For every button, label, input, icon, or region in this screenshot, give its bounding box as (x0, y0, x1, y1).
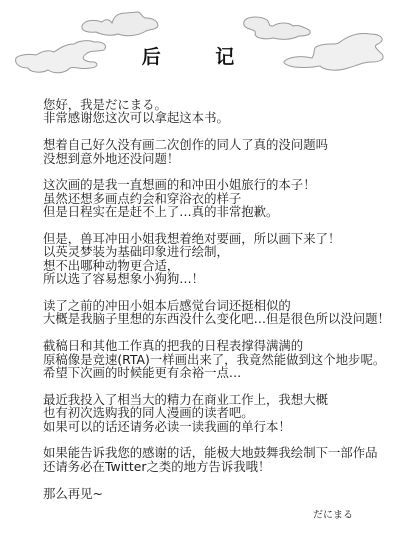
paragraph-schedule: 截稿日和其他工作真的把我的日程表撑得满满的 原稿像是竞速(RTA)一样画出来了，… (43, 339, 383, 379)
text-line: 如果可以的话还请务必读一读我画的单行本！ (43, 420, 383, 433)
author-signature: だにまる (313, 506, 353, 521)
text-line: 想着自己好久没有画二次创作的同人了真的没问题吗 (43, 138, 383, 151)
text-line: 那么再见~ (43, 487, 383, 500)
paragraph-commercial: 最近我投入了相当大的精力在商业工作上，我想大概 也有初次选购我的同人漫画的读者吧… (43, 393, 383, 433)
text-line: 您好，我是だにまる。 (43, 98, 383, 111)
paragraph-trip: 这次画的是我一直想画的和冲田小姐旅行的本子！ 虽然还想多画点约会和穿浴衣的样子 … (43, 178, 383, 218)
paragraph-greeting: 您好，我是だにまる。 非常感谢您这次可以拿起这本书。 (43, 98, 383, 125)
text-line: 还请务必在Twitter之类的地方告诉我哦！ (43, 460, 383, 473)
cloud-decoration-left-upper-icon (80, 10, 162, 38)
text-line: 想不出哪种动物更合适， (43, 259, 383, 272)
page-title: 后 记 (0, 42, 400, 69)
text-line: 但是日程实在是赶不上了…真的非常抱歉。 (43, 205, 383, 218)
text-line: 以英灵梦装为基础印象进行绘制， (43, 245, 383, 258)
text-line: 所以选了容易想象小狗狗…！ (43, 272, 383, 285)
text-line: 希望下次画的时候能更有余裕一点… (43, 366, 383, 379)
text-line: 这次画的是我一直想画的和冲田小姐旅行的本子！ (43, 178, 383, 191)
paragraph-feedback: 如果能告诉我您的感谢的话，能极大地鼓舞我绘制下一部作品 还请务必在Twitter… (43, 446, 383, 473)
afterword-body: 您好，我是だにまる。 非常感谢您这次可以拿起这本书。 想着自己好久没有画二次创作… (43, 98, 383, 513)
paragraph-kemonomimi: 但是，兽耳冲田小姐我想着绝对要画，所以画下来了！ 以英灵梦装为基础印象进行绘制，… (43, 232, 383, 286)
text-line: 虽然还想多画点约会和穿浴衣的样子 (43, 192, 383, 205)
text-line: 但是，兽耳冲田小姐我想着绝对要画，所以画下来了！ (43, 232, 383, 245)
text-line: 大概是我脑子里想的东西没什么变化吧…但是很色所以没问题！ (43, 312, 383, 325)
paragraph-farewell: 那么再见~ (43, 487, 383, 500)
text-line: 也有初次选购我的同人漫画的读者吧。 (43, 406, 383, 419)
paragraph-fanwork: 想着自己好久没有画二次创作的同人了真的没问题吗 没想到意外地还没问题！ (43, 138, 383, 165)
text-line: 如果能告诉我您的感谢的话，能极大地鼓舞我绘制下一部作品 (43, 446, 383, 459)
text-line: 非常感谢您这次可以拿起这本书。 (43, 111, 383, 124)
text-line: 最近我投入了相当大的精力在商业工作上，我想大概 (43, 393, 383, 406)
text-line: 没想到意外地还没问题！ (43, 152, 383, 165)
text-line: 原稿像是竞速(RTA)一样画出来了，我竟然能做到这个地步呢。 (43, 353, 383, 366)
text-line: 读了之前的冲田小姐本后感觉台词还挺相似的 (43, 299, 383, 312)
paragraph-dialogue: 读了之前的冲田小姐本后感觉台词还挺相似的 大概是我脑子里想的东西没什么变化吧…但… (43, 299, 383, 326)
text-line: 截稿日和其他工作真的把我的日程表撑得满满的 (43, 339, 383, 352)
